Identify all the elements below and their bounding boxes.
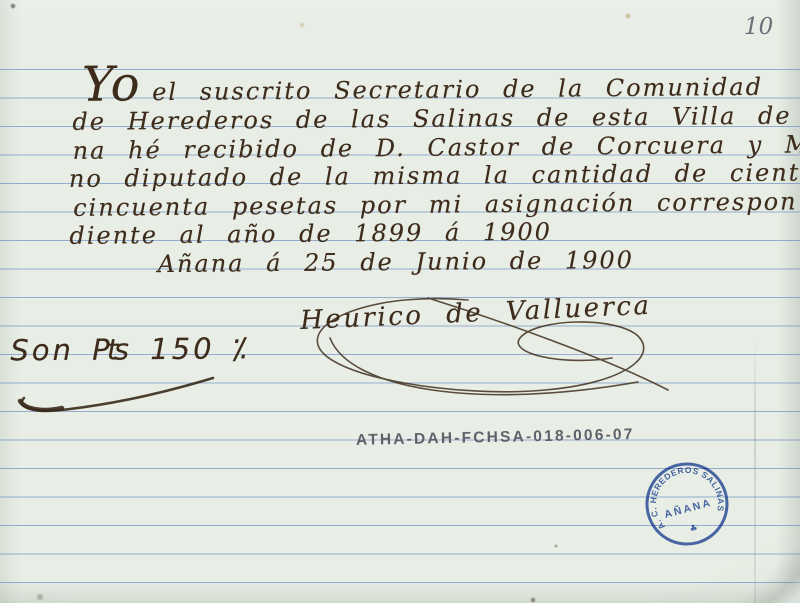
manuscript-line: de Herederos de las Salinas de esta Vill… — [72, 103, 800, 134]
stamp-center-text: AÑANA — [663, 496, 714, 521]
signature-name: Heurico de Valluerca — [300, 293, 652, 334]
manuscript-line: cincuenta pesetas por mi asignación corr… — [73, 190, 798, 220]
manuscript-line: no diputado de la misma la cantidad de c… — [69, 160, 800, 191]
amount-note: Son ₧ 150 ⁒ — [10, 334, 249, 365]
manuscript-line: diente al año de 1899 á 1900 — [69, 220, 552, 248]
scanned-manuscript-page: 10 Yo el suscrito Secretario de la Comun… — [0, 0, 800, 603]
manuscript-opening-word: Yo — [82, 60, 141, 109]
manuscript-dateline: Añana á 25 de Junio de 1900 — [158, 248, 635, 276]
manuscript-line: el suscrito Secretario de la Comunidad — [152, 75, 763, 104]
stamp-arc-text: A. C. HEREDEROS SALINAS — [639, 456, 730, 533]
manuscript-line: na hé recibido de D. Castor de Corcuera … — [73, 132, 800, 163]
stamp-club-icon: ♣ — [689, 523, 699, 535]
